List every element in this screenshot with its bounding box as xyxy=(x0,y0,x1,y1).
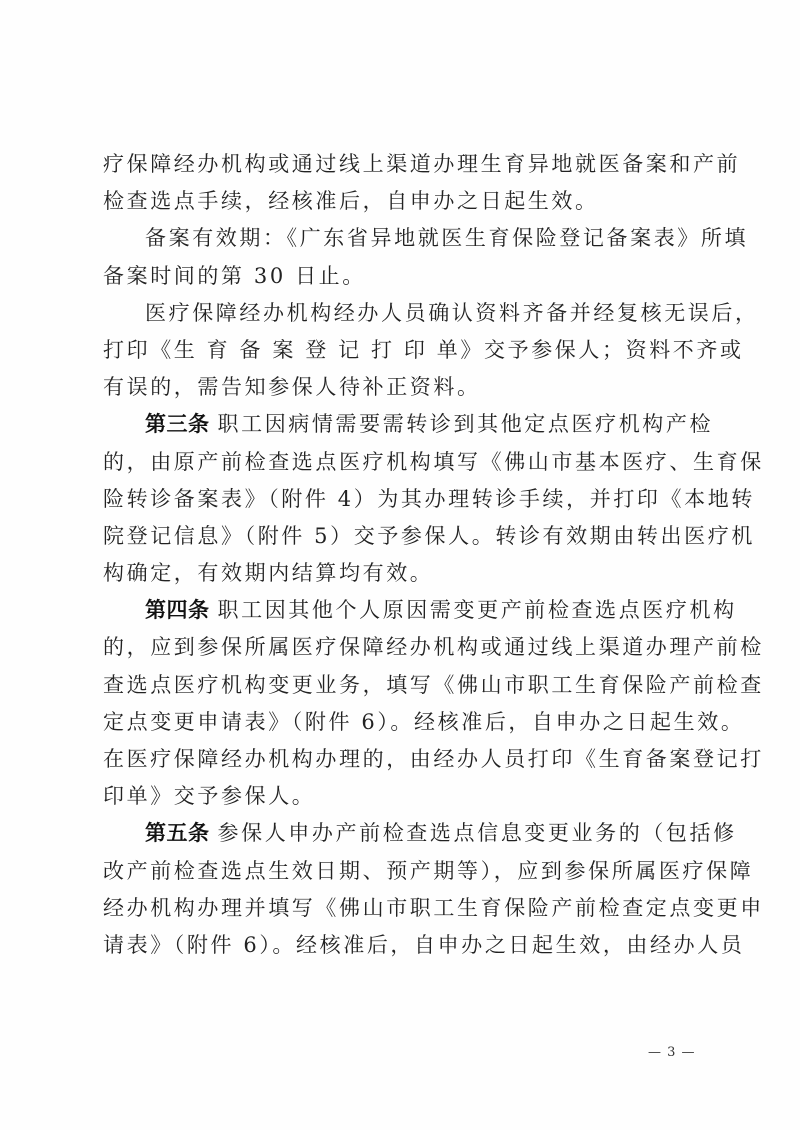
text-line-20: 改产前检查选点生效日期、预产期等），应到参保所属医疗保障 xyxy=(103,853,693,890)
text-line-17: 在医疗保障经办机构办理的，由经办人员打印《生育备案登记打 xyxy=(103,741,693,778)
article-four-text: 职工因其他个人原因需变更产前检查选点医疗机构 xyxy=(218,598,737,622)
article-four: 第四条职工因其他个人原因需变更产前检查选点医疗机构 xyxy=(103,592,693,629)
text-line-15: 查选点医疗机构变更业务，填写《佛山市职工生育保险产前检查 xyxy=(103,667,693,704)
text-line-22: 请表》（附件 6）。经核准后，自申办之日起生效，由经办人员 xyxy=(103,927,693,964)
text-line-6: 打印《生 育 备 案 登 记 打 印 单》交予参保人；资料不齐或 xyxy=(103,332,693,369)
document-page: 疗保障经办机构或通过线上渠道办理生育异地就医备案和产前 检查选点手续，经核准后，… xyxy=(0,0,800,1130)
text-line-10: 险转诊备案表》（附件 4）为其办理转诊手续，并打印《本地转 xyxy=(103,481,693,518)
text-line-9: 的，由原产前检查选点医疗机构填写《佛山市基本医疗、生育保 xyxy=(103,444,693,481)
text-line-4: 备案时间的第 30 日止。 xyxy=(103,258,693,295)
text-line-18: 印单》交予参保人。 xyxy=(103,778,693,815)
text-line-7: 有误的，需告知参保人待补正资料。 xyxy=(103,369,693,406)
article-three-heading: 第三条 xyxy=(145,412,210,436)
text-line-16: 定点变更申请表》（附件 6）。经核准后，自申办之日起生效。 xyxy=(103,704,693,741)
article-three: 第三条职工因病情需要需转诊到其他定点医疗机构产检 xyxy=(103,406,693,443)
article-three-text: 职工因病情需要需转诊到其他定点医疗机构产检 xyxy=(218,412,714,436)
text-line-11: 院登记信息》（附件 5）交予参保人。转诊有效期由转出医疗机 xyxy=(103,518,693,555)
article-four-heading: 第四条 xyxy=(145,598,210,622)
paragraph-staff-confirmation: 医疗保障经办机构经办人员确认资料齐备并经复核无误后， xyxy=(103,295,693,332)
page-number: — 3 — xyxy=(648,1045,696,1060)
text-line-2: 检查选点手续，经核准后，自申办之日起生效。 xyxy=(103,183,693,220)
article-five-text: 参保人申办产前检查选点信息变更业务的（包括修 xyxy=(218,821,737,845)
article-five: 第五条参保人申办产前检查选点信息变更业务的（包括修 xyxy=(103,815,693,852)
document-body: 疗保障经办机构或通过线上渠道办理生育异地就医备案和产前 检查选点手续，经核准后，… xyxy=(103,146,693,964)
text-line-12: 构确定，有效期内结算均有效。 xyxy=(103,555,693,592)
text-line-21: 经办机构办理并填写《佛山市职工生育保险产前检查定点变更申 xyxy=(103,890,693,927)
article-five-heading: 第五条 xyxy=(145,821,210,845)
text-line-14: 的，应到参保所属医疗保障经办机构或通过线上渠道办理产前检 xyxy=(103,629,693,666)
paragraph-validity-period: 备案有效期：《广东省异地就医生育保险登记备案表》所填 xyxy=(103,220,693,257)
text-line-1: 疗保障经办机构或通过线上渠道办理生育异地就医备案和产前 xyxy=(103,146,693,183)
